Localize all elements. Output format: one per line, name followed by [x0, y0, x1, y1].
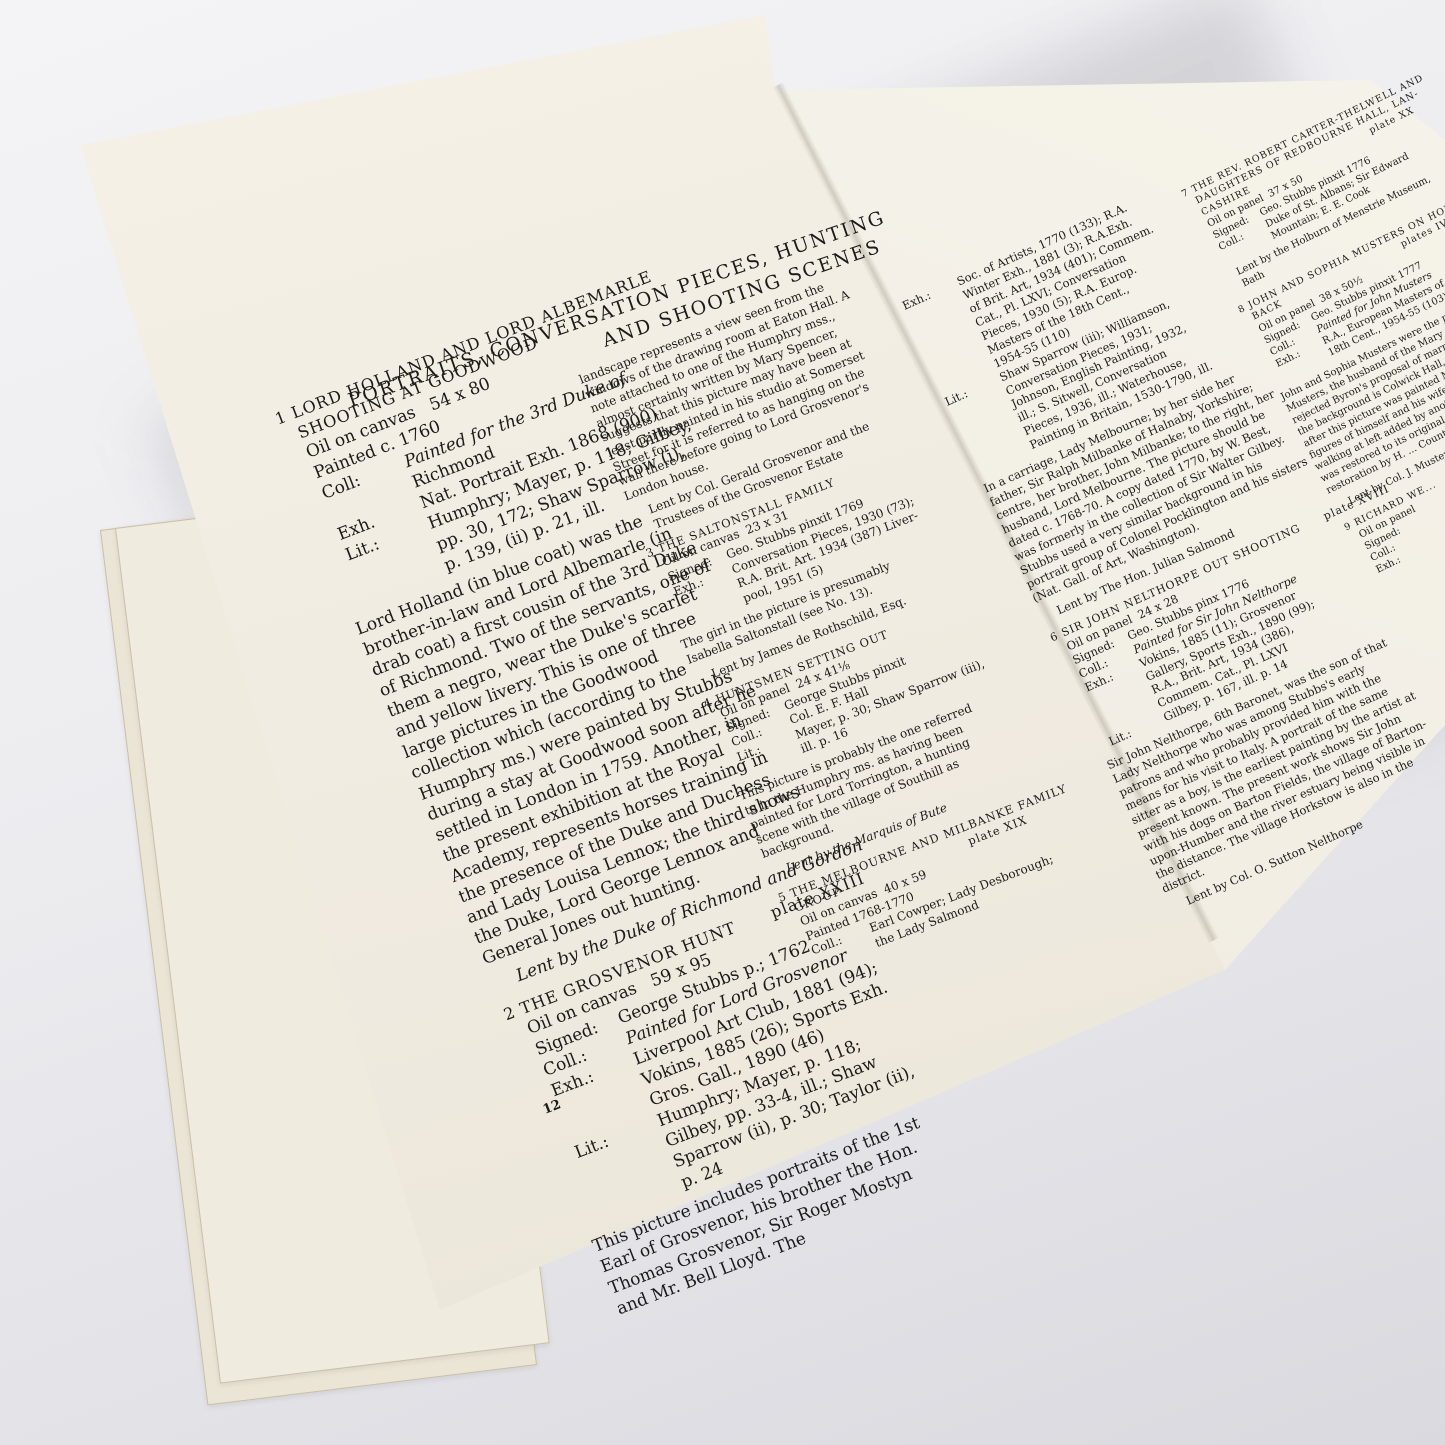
- photo-scene: PORTRAITS, CONVERSATION PIECES, HUNTING …: [0, 0, 1445, 1445]
